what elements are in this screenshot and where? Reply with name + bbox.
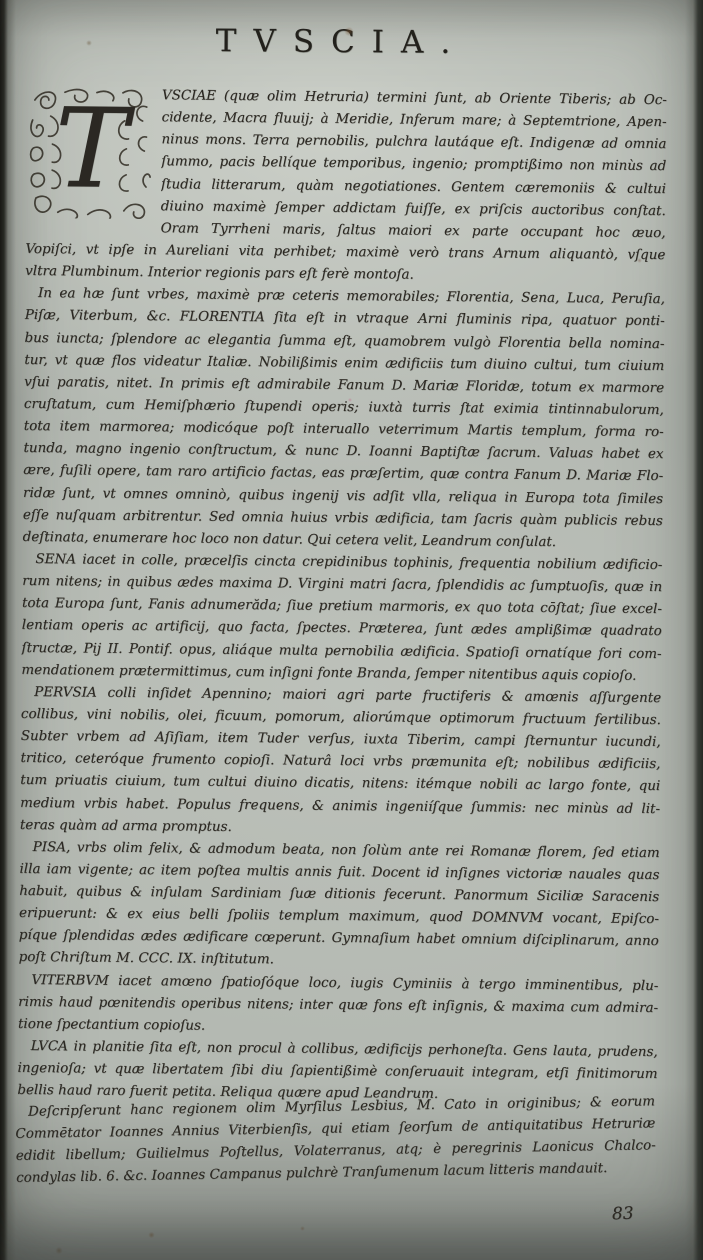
paper-stain: [55, 1247, 63, 1254]
paragraph-sources: Deſcripſerunt hanc regionem olim Myrſilu…: [15, 1092, 656, 1191]
paper-stain: [148, 1232, 155, 1238]
paragraph-viterbum: VITERBVM iacet amœno ſpatioſóque loco, i…: [18, 970, 659, 1043]
paper-stain: [300, 1226, 305, 1231]
page-title: TVSCIA.: [0, 22, 683, 63]
paragraph-sena: SENA iacet in colle, præcelſis cincta cr…: [21, 549, 662, 688]
text-column: T VSCIAE (quæ olim Hetruria) termini ſun…: [16, 84, 667, 1197]
paragraph-perusia: PERVSIA colli inſidet Apennino; maiori a…: [20, 682, 661, 843]
paragraph-tuscia-overview: T VSCIAE (quæ olim Hetruria) termini ſun…: [25, 84, 667, 289]
book-page: TVSCIA. T VSCIAE (quæ olim Hetruria): [0, 0, 703, 1260]
page-edge-right: [685, 0, 703, 1260]
paragraph-pisa: PISA, vrbs olim felix, & admodum beata, …: [19, 837, 660, 976]
woodcut-ornament-icon: T: [28, 86, 153, 219]
initial-letter: T: [54, 86, 136, 213]
page-edge-left: [0, 0, 16, 1260]
paragraph-florentia: In ea hæ ſunt vrbes, maximè præ ceteris …: [23, 283, 666, 555]
page-number: 83: [612, 1204, 634, 1225]
drop-cap-initial: T: [28, 86, 153, 219]
